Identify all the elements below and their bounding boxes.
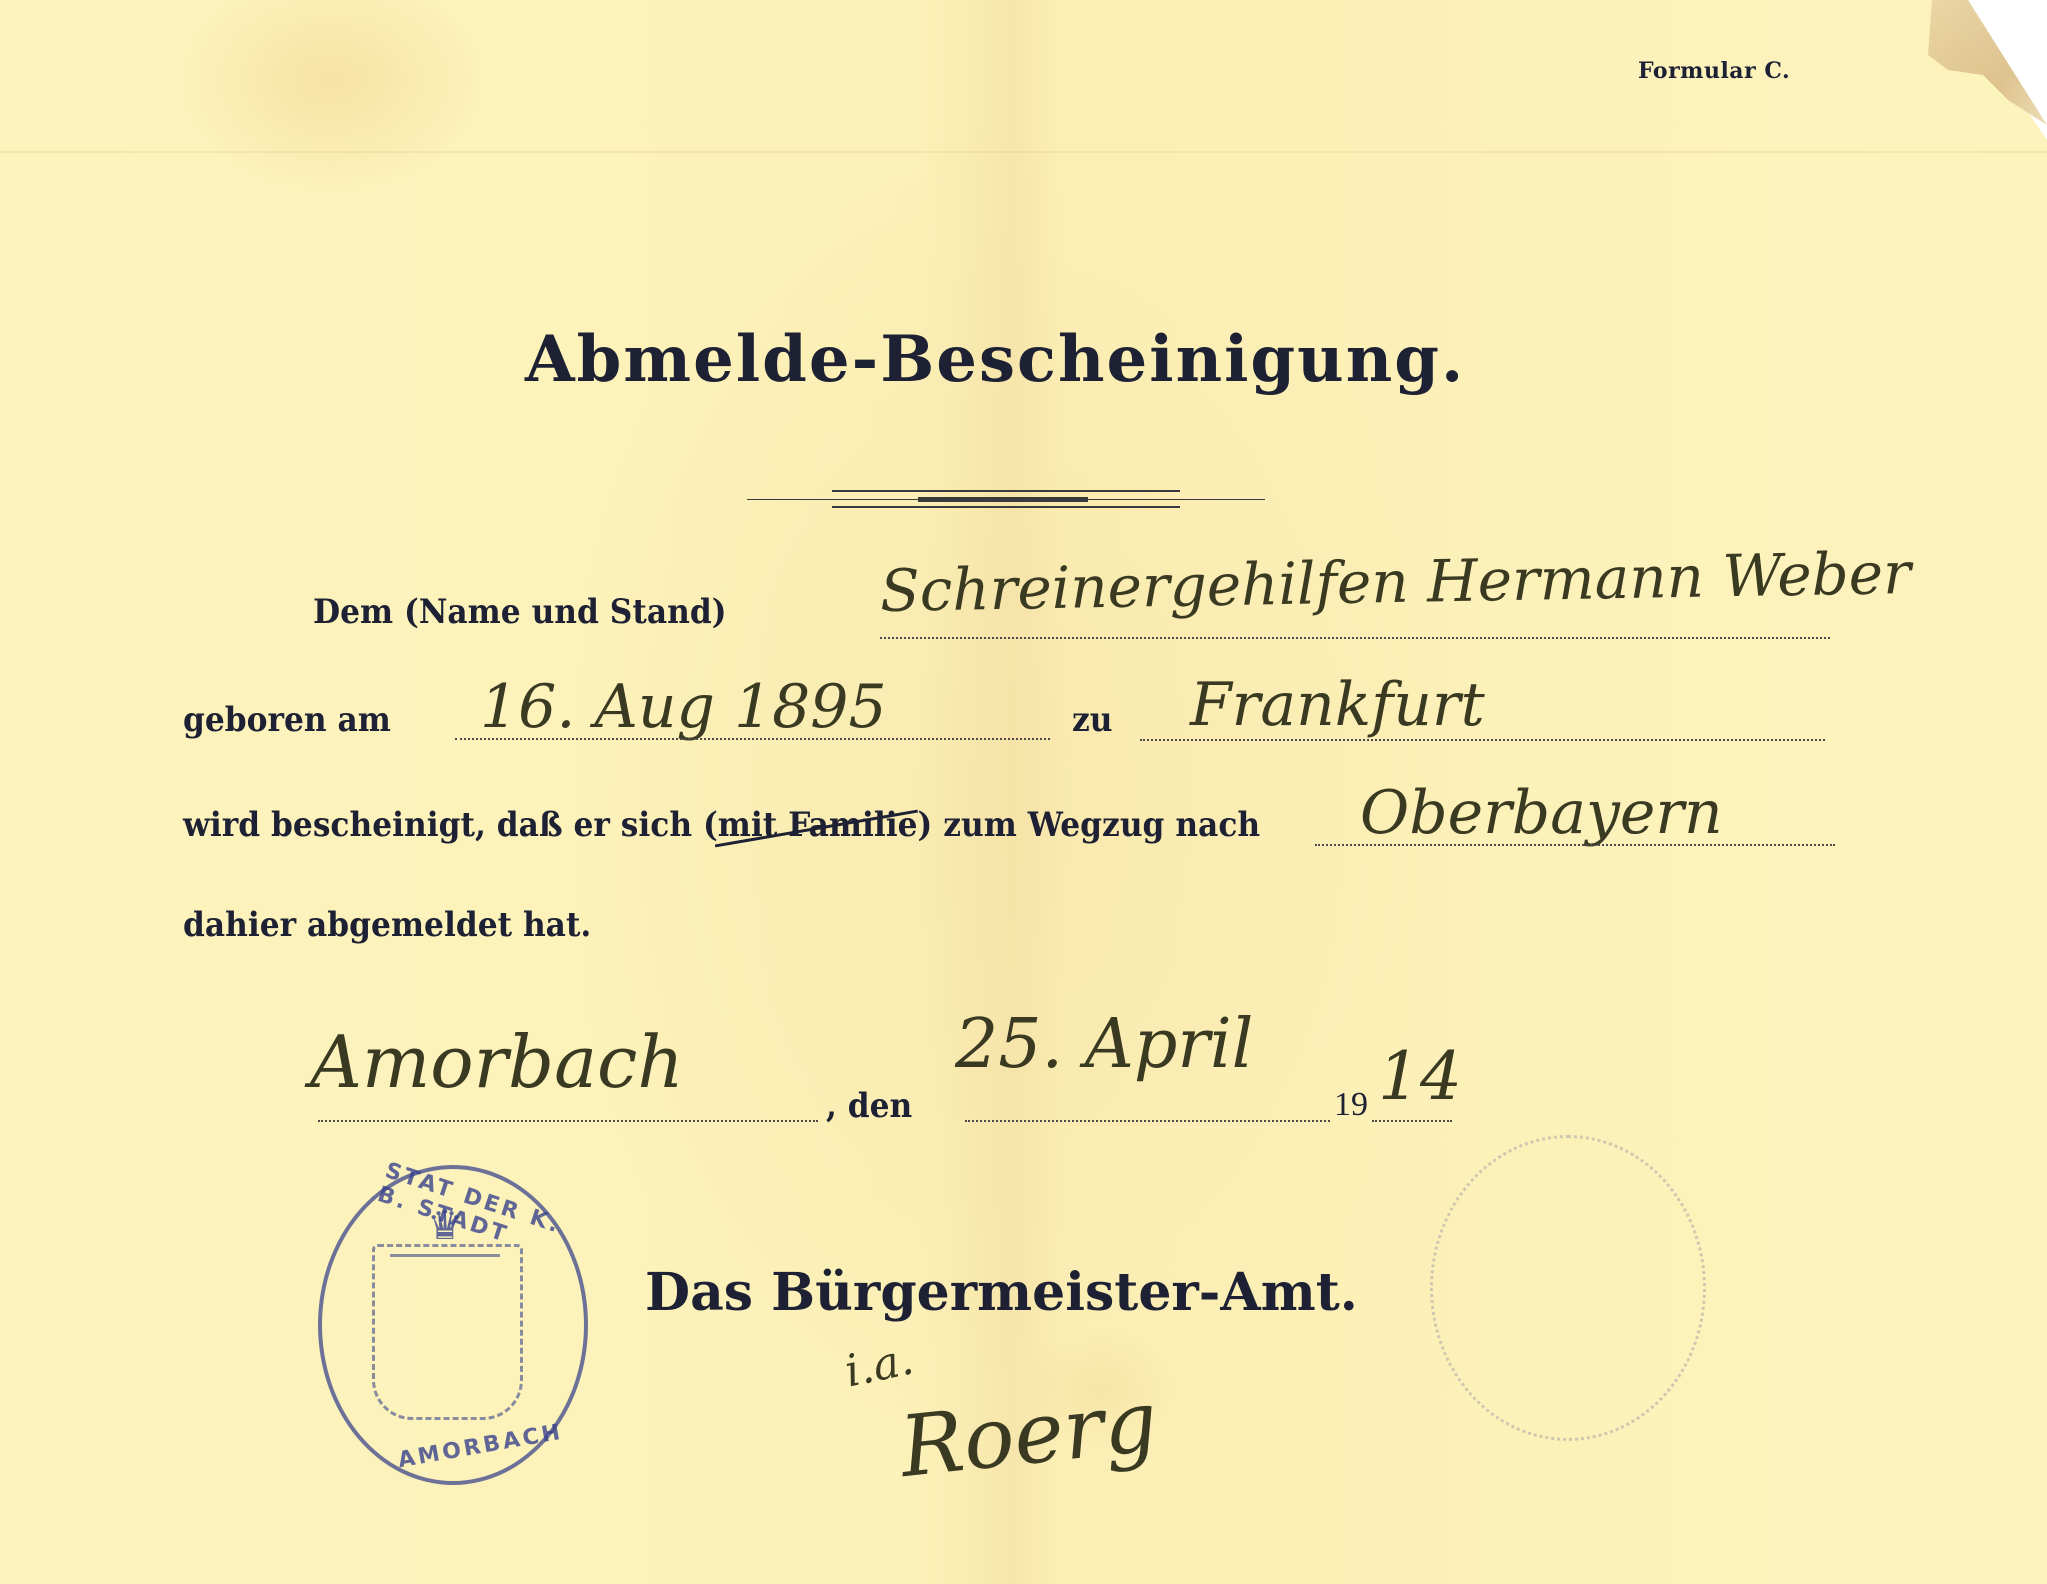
official-seal-right-faint [1430, 1135, 1706, 1441]
certified-suffix: ) zum Wegzug nach [918, 805, 1261, 845]
year-suffix-value: 14 [1378, 1038, 1462, 1115]
place-field-line [318, 1120, 818, 1122]
year-field-line [1372, 1120, 1452, 1122]
place-value: Amorbach [310, 1020, 684, 1104]
date-separator: , den [826, 1086, 912, 1126]
document-title: Abmelde-Bescheinigung. [525, 322, 1465, 397]
title-rule-top [832, 490, 1180, 492]
issuing-authority: Das Bürgermeister-Amt. [645, 1262, 1358, 1323]
year-prefix: 19 [1334, 1086, 1368, 1124]
date-field-line [965, 1120, 1330, 1122]
born-value: 16. Aug 1895 [480, 672, 887, 742]
birthplace-label: zu [1072, 700, 1113, 740]
name-label: Dem (Name und Stand) [313, 592, 727, 632]
destination-field-line [1315, 844, 1835, 846]
name-field-line [880, 637, 1830, 639]
day-month-value: 25. April [955, 1005, 1253, 1084]
born-field-line [455, 738, 1050, 740]
certified-prefix: wird bescheinigt, daß er sich ( [183, 805, 718, 845]
destination-value: Oberbayern [1360, 778, 1723, 848]
paper-fold-line [0, 151, 2047, 153]
title-rule-bottom [832, 506, 1180, 508]
title-rule-center-bar [918, 497, 1088, 502]
certified-line: wird bescheinigt, daß er sich (mit Famil… [183, 805, 1260, 845]
official-seal-left: STAT DER K. B. STADT ♛ AMORBACH [318, 1165, 588, 1485]
closing-text: dahier abgemeldet hat. [183, 905, 591, 945]
with-family-struck-text: mit Familie [718, 805, 918, 845]
form-label: Formular C. [1638, 58, 1790, 84]
birthplace-value: Frankfurt [1190, 670, 1485, 740]
document-paper [0, 0, 2047, 1584]
shield-icon [372, 1244, 523, 1420]
born-label: geboren am [183, 700, 391, 740]
birthplace-field-line [1140, 739, 1825, 741]
